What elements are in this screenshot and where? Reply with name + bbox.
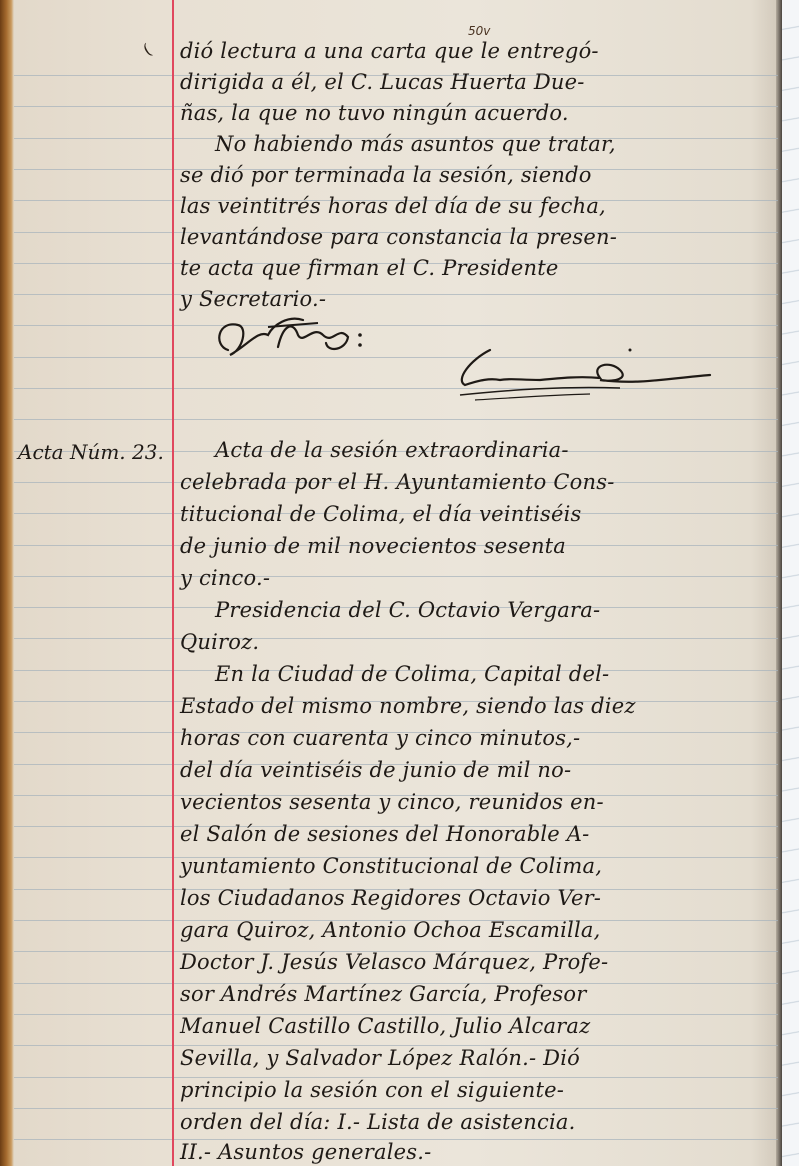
text-line: titucional de Colima, el día veintiséis (180, 502, 582, 526)
text-line: Quiroz. (180, 630, 259, 654)
text-line: sor Andrés Martínez García, Profesor (180, 982, 586, 1006)
text-line: yuntamiento Constitucional de Colima, (180, 854, 602, 878)
text-line: se dió por terminada la sesión, siendo (180, 163, 592, 187)
text-line: dió lectura a una carta que le entregó- (180, 39, 599, 63)
text-line: los Ciudadanos Regidores Octavio Ver- (180, 886, 601, 910)
text-line: vecientos sesenta y cinco, reunidos en- (180, 790, 604, 814)
text-line: ñas, la que no tuvo ningún acuerdo. (180, 101, 569, 125)
text-line: horas con cuarenta y cinco minutos,- (180, 726, 580, 750)
text-line: el Salón de sesiones del Honorable A- (180, 822, 589, 846)
ruled-line (14, 576, 778, 577)
text-line: Presidencia del C. Octavio Vergara- (215, 598, 600, 622)
ruled-line (14, 1108, 778, 1109)
text-line: las veintitrés horas del día de su fecha… (180, 194, 606, 218)
ruled-line (14, 325, 778, 326)
text-line: Acta de la sesión extraordinaria- (215, 438, 569, 462)
page-number: 50v (468, 24, 490, 38)
ruled-line (14, 419, 778, 420)
signature-scribble-icon (208, 305, 378, 365)
text-line: orden del día: I.- Lista de asistencia. (180, 1110, 575, 1134)
text-line: levantándose para constancia la presen- (180, 225, 617, 249)
president-signature: [firma] : (208, 305, 378, 365)
text-line: Manuel Castillo Castillo, Julio Alcaraz (180, 1014, 590, 1038)
binding-edge (0, 0, 14, 1166)
text-line: Estado del mismo nombre, siendo las diez (180, 694, 636, 718)
ruled-line (14, 638, 778, 639)
text-line: dirigida a él, el C. Lucas Huerta Due- (180, 70, 585, 94)
signature-scribble-icon (450, 340, 730, 415)
text-line: celebrada por el H. Ayuntamiento Cons- (180, 470, 615, 494)
text-line: principio la sesión con el siguiente- (180, 1078, 564, 1102)
act-number-label: Acta Núm. 23. (18, 440, 164, 464)
text-line: de junio de mil novecientos sesenta (180, 534, 566, 558)
stray-ink-mark: ( (140, 40, 155, 60)
text-line: gara Quiroz, Antonio Ochoa Escamilla, (180, 918, 600, 942)
red-margin-rule (172, 0, 174, 1166)
text-line: En la Ciudad de Colima, Capital del- (215, 662, 609, 686)
text-line: II.- Asuntos generales.- (180, 1140, 431, 1164)
text-line: del día veintiséis de junio de mil no- (180, 758, 571, 782)
ruled-line (14, 294, 778, 295)
text-line: y cinco.- (180, 566, 270, 590)
text-line: Doctor J. Jesús Velasco Márquez, Profe- (180, 950, 608, 974)
adjacent-page-edge (782, 0, 799, 1166)
secretary-signature: [firma] (450, 340, 730, 415)
text-line: te acta que firman el C. Presidente (180, 256, 559, 280)
ledger-page: ( 50v dió lectura a una carta que le ent… (0, 0, 782, 1166)
text-line: Sevilla, y Salvador López Ralón.- Dió (180, 1046, 580, 1070)
text-line: No habiendo más asuntos que tratar, (215, 132, 616, 156)
